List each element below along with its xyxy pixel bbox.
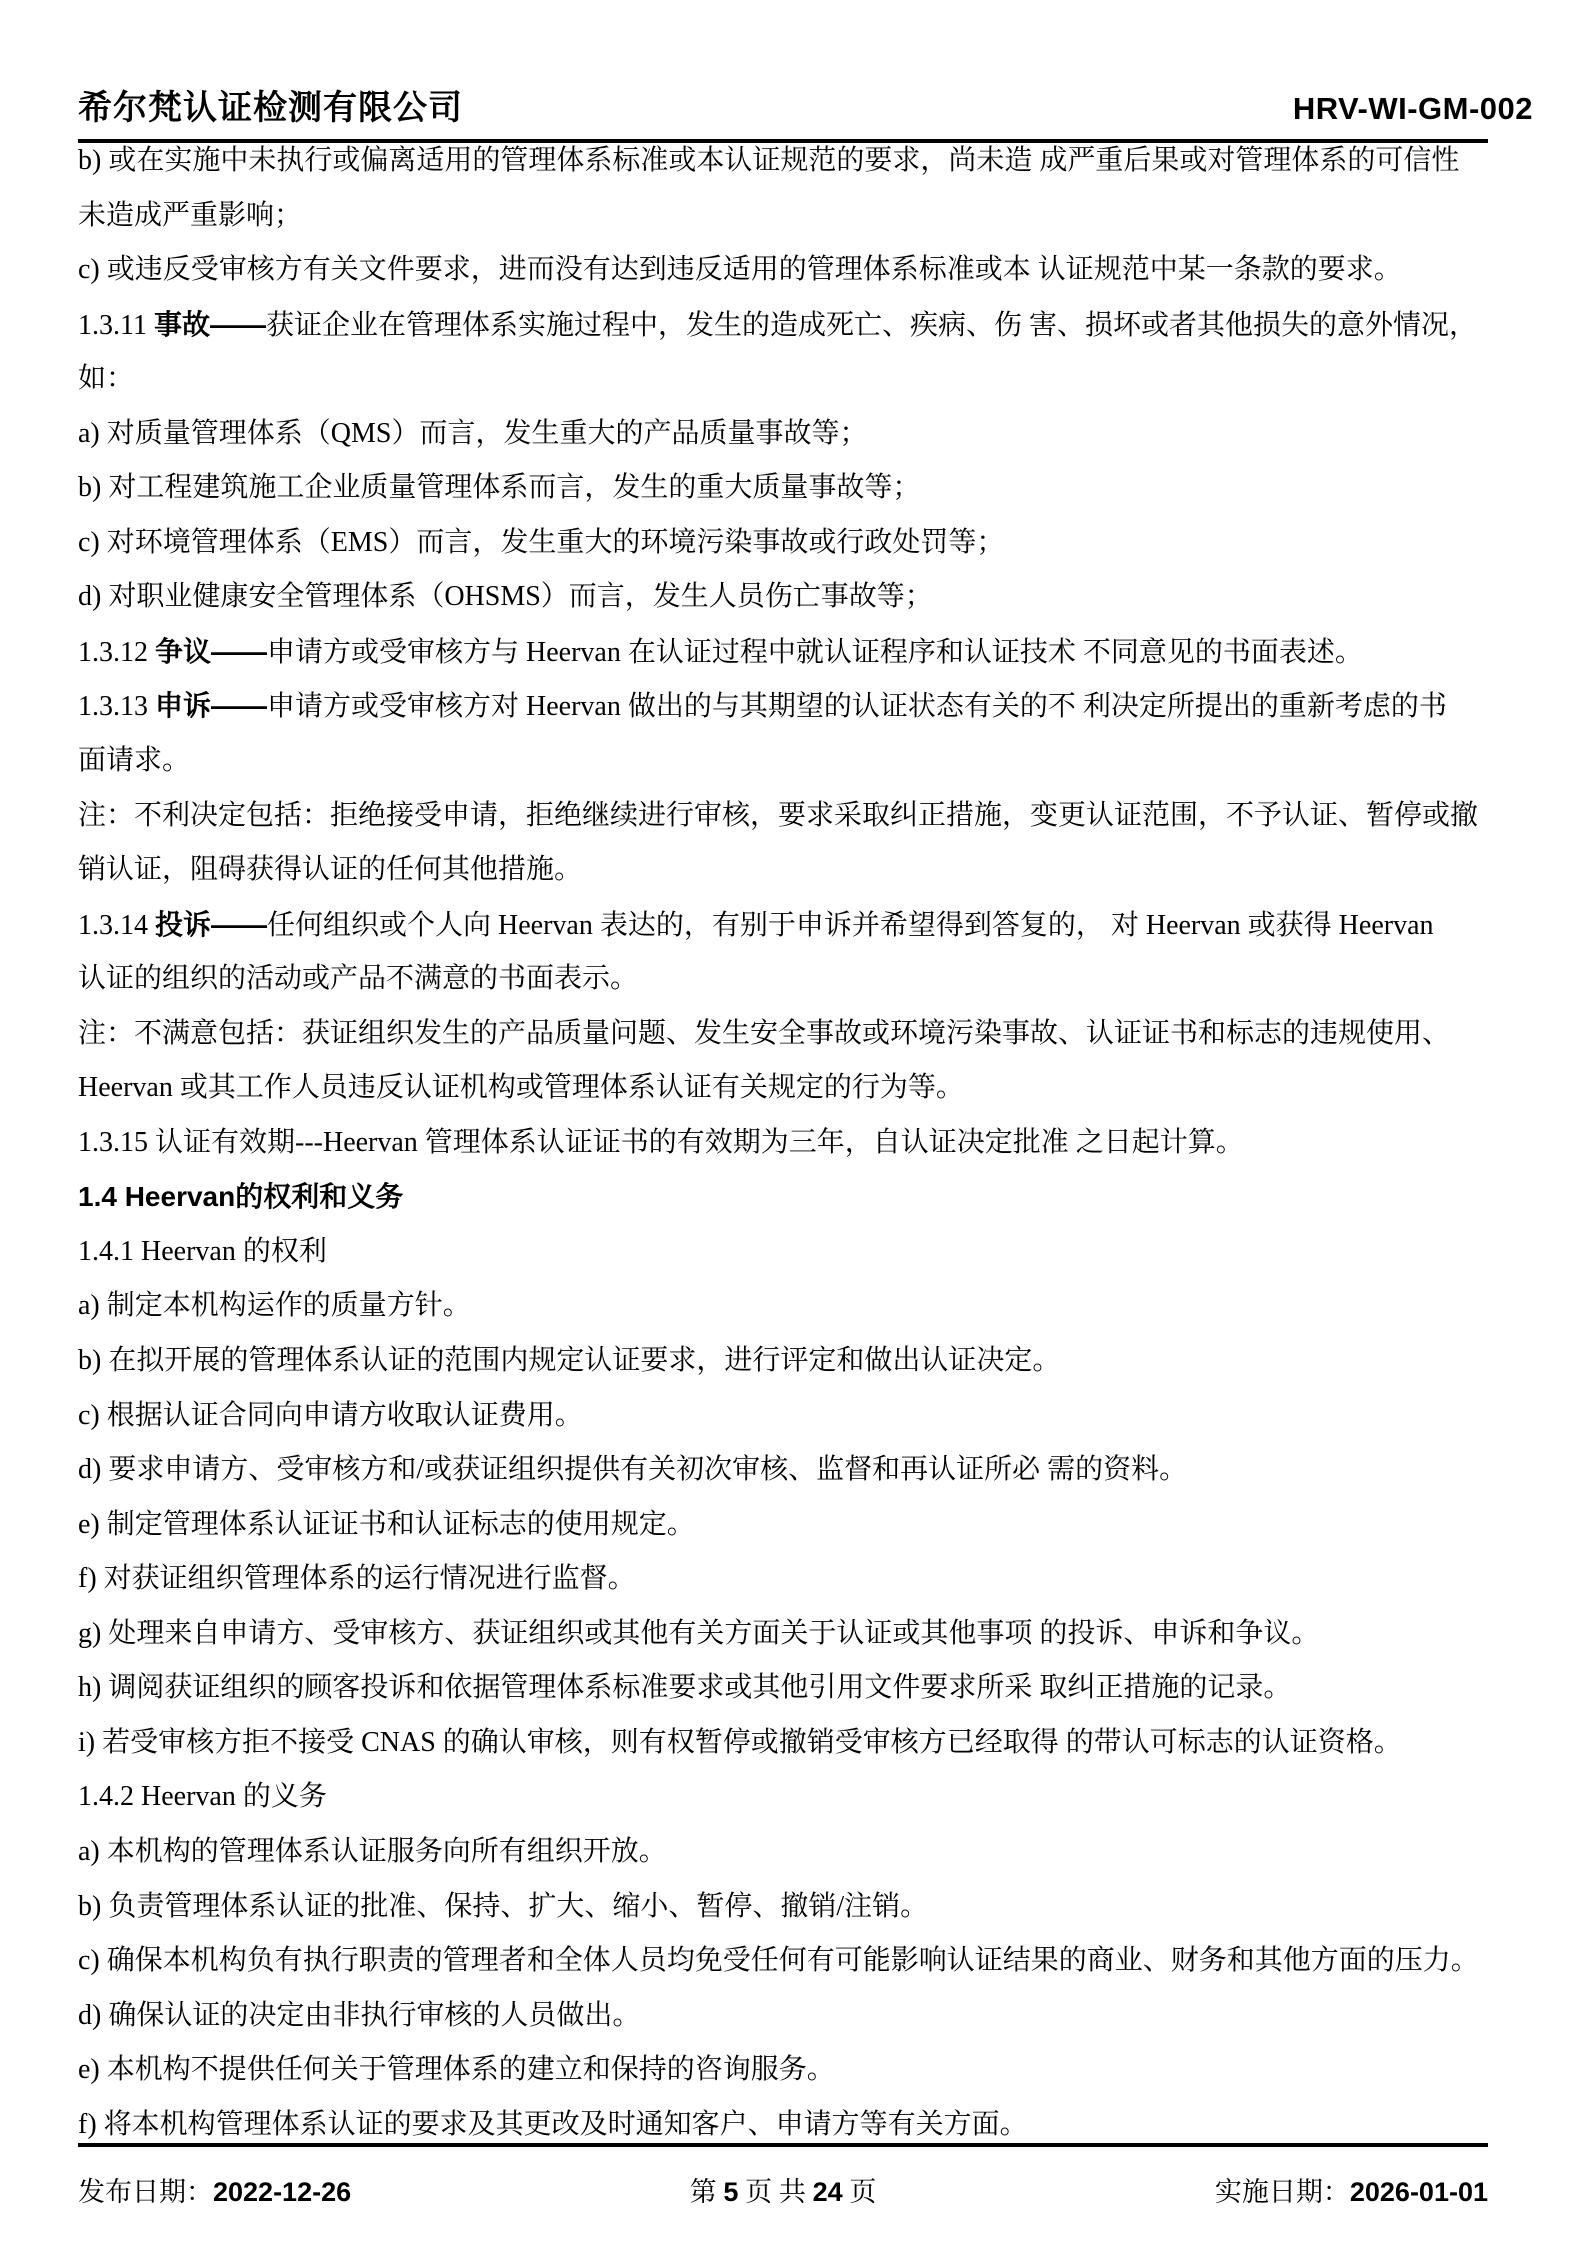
text-segment: 如：	[78, 363, 134, 394]
text-line: 如：	[78, 352, 1538, 407]
text-line: b) 或在实施中未执行或偏离适用的管理体系标准或本认证规范的要求，尚未造 成严重…	[78, 134, 1538, 189]
bold-text-segment: 事故——	[154, 309, 266, 340]
text-segment: Heervan 或其工作人员违反认证机构或管理体系认证有关规定的行为等。	[78, 1072, 964, 1103]
bold-text-segment: 2026-01-01	[1350, 2177, 1488, 2207]
text-line: b) 负责管理体系认证的批准、保持、扩大、缩小、暂停、撤销/注销。	[78, 1880, 1538, 1935]
text-segment: b) 或在实施中未执行或偏离适用的管理体系标准或本认证规范的要求，尚未造 成严重…	[78, 145, 1459, 176]
company-name: 希尔梵认证检测有限公司	[78, 88, 463, 129]
text-segment: e) 制定管理体系认证证书和认证标志的使用规定。	[78, 1509, 695, 1540]
text-line: 1.4.1 Heervan 的权利	[78, 1225, 1538, 1280]
text-segment: 1.4.2 Heervan 的义务	[78, 1781, 327, 1812]
text-segment: 获证企业在管理体系实施过程中，发生的造成死亡、疾病、伤 害、损坏或者其他损失的意…	[266, 310, 1477, 341]
text-segment: 销认证，阻碍获得认证的任何其他措施。	[78, 854, 582, 885]
implementation-date: 实施日期：2026-01-01	[1215, 2174, 1488, 2210]
text-segment: 申请方或受审核方对 Heervan 做出的与其期望的认证状态有关的不 利决定所提…	[267, 691, 1447, 722]
bold-text-segment: 投诉——	[155, 909, 267, 940]
document-body: b) 或在实施中未执行或偏离适用的管理体系标准或本认证规范的要求，尚未造 成严重…	[78, 134, 1538, 2152]
text-segment: 页	[843, 2177, 877, 2207]
text-line: 1.3.12 争议——申请方或受审核方与 Heervan 在认证过程中就认证程序…	[78, 625, 1538, 680]
text-line: 未造成严重影响；	[78, 189, 1538, 244]
text-line: g) 处理来自申请方、受审核方、获证组织或其他有关方面关于认证或其他事项 的投诉…	[78, 1607, 1538, 1662]
text-segment: c) 对环境管理体系（EMS）而言，发生重大的环境污染事故或行政处罚等；	[78, 527, 1004, 558]
text-segment: b) 负责管理体系认证的批准、保持、扩大、缩小、暂停、撤销/注销。	[78, 1891, 928, 1922]
text-segment: 申请方或受审核方与 Heervan 在认证过程中就认证程序和认证技术 不同意见的…	[267, 637, 1363, 668]
text-segment: c) 根据认证合同向申请方收取认证费用。	[78, 1400, 583, 1431]
text-line: f) 对获证组织管理体系的运行情况进行监督。	[78, 1552, 1538, 1607]
page-header: 希尔梵认证检测有限公司 HRV-WI-GM-002	[78, 88, 1533, 129]
text-line: d) 确保认证的决定由非执行审核的人员做出。	[78, 1989, 1538, 2044]
text-segment: f) 对获证组织管理体系的运行情况进行监督。	[78, 1563, 636, 1594]
text-line: 注：不满意包括：获证组织发生的产品质量问题、发生安全事故或环境污染事故、认证证书…	[78, 1007, 1538, 1062]
text-segment: 1.3.12	[78, 637, 155, 668]
text-segment: d) 要求申请方、受审核方和/或获证组织提供有关初次审核、监督和再认证所必 需的…	[78, 1454, 1187, 1485]
text-line: a) 制定本机构运作的质量方针。	[78, 1279, 1538, 1334]
text-segment: 页 共	[738, 2177, 812, 2207]
text-line: 面请求。	[78, 734, 1538, 789]
bold-text-segment: 24	[813, 2177, 843, 2207]
text-segment: h) 调阅获证组织的顾客投诉和依据管理体系标准要求或其他引用文件要求所采 取纠正…	[78, 1672, 1291, 1703]
text-line: i) 若受审核方拒不接受 CNAS 的确认审核，则有权暂停或撤销受审核方已经取得…	[78, 1716, 1538, 1771]
text-segment: a) 本机构的管理体系认证服务向所有组织开放。	[78, 1836, 667, 1867]
text-segment: d) 确保认证的决定由非执行审核的人员做出。	[78, 2000, 640, 2031]
text-line: c) 根据认证合同向申请方收取认证费用。	[78, 1389, 1538, 1444]
text-segment: 1.3.11	[78, 310, 154, 341]
text-line: 1.3.14 投诉——任何组织或个人向 Heervan 表达的，有别于申诉并希望…	[78, 898, 1538, 953]
text-line: c) 或违反受审核方有关文件要求，进而没有达到违反适用的管理体系标准或本 认证规…	[78, 243, 1538, 298]
text-segment: 1.3.14	[78, 910, 155, 941]
text-segment: 任何组织或个人向 Heervan 表达的，有别于申诉并希望得到答复的， 对 He…	[267, 910, 1434, 941]
text-segment: d) 对职业健康安全管理体系（OHSMS）而言，发生人员伤亡事故等；	[78, 581, 933, 612]
text-segment: b) 对工程建筑施工企业质量管理体系而言，发生的重大质量事故等；	[78, 472, 920, 503]
footer-divider	[78, 2143, 1488, 2147]
text-line: d) 对职业健康安全管理体系（OHSMS）而言，发生人员伤亡事故等；	[78, 570, 1538, 625]
text-line: c) 确保本机构负有执行职责的管理者和全体人员均免受任何有可能影响认证结果的商业…	[78, 1934, 1538, 1989]
text-segment: c) 或违反受审核方有关文件要求，进而没有达到违反适用的管理体系标准或本 认证规…	[78, 254, 1402, 285]
text-segment: a) 制定本机构运作的质量方针。	[78, 1290, 471, 1321]
document-code: HRV-WI-GM-002	[1293, 90, 1533, 127]
text-segment: 认证的组织的活动或产品不满意的书面表示。	[78, 963, 638, 994]
text-line: 1.4.2 Heervan 的义务	[78, 1770, 1538, 1825]
text-line: Heervan 或其工作人员违反认证机构或管理体系认证有关规定的行为等。	[78, 1061, 1538, 1116]
text-line: 注：不利决定包括：拒绝接受申请，拒绝继续进行审核，要求采取纠正措施，变更认证范围…	[78, 789, 1538, 844]
text-segment: 1.4.1 Heervan 的权利	[78, 1236, 327, 1267]
bold-text-segment: 争议——	[155, 636, 267, 667]
text-line: d) 要求申请方、受审核方和/或获证组织提供有关初次审核、监督和再认证所必 需的…	[78, 1443, 1538, 1498]
text-segment: 1.3.15 认证有效期---Heervan 管理体系认证证书的有效期为三年，自…	[78, 1127, 1244, 1158]
text-line: 认证的组织的活动或产品不满意的书面表示。	[78, 952, 1538, 1007]
text-line: 1.3.13 申诉——申请方或受审核方对 Heervan 做出的与其期望的认证状…	[78, 679, 1538, 734]
text-segment: i) 若受审核方拒不接受 CNAS 的确认审核，则有权暂停或撤销受审核方已经取得…	[78, 1727, 1402, 1758]
text-segment: g) 处理来自申请方、受审核方、获证组织或其他有关方面关于认证或其他事项 的投诉…	[78, 1618, 1319, 1649]
text-segment: 面请求。	[78, 745, 190, 776]
text-line: 1.4 Heervan的权利和义务	[78, 1170, 1538, 1225]
text-line: e) 制定管理体系认证证书和认证标志的使用规定。	[78, 1498, 1538, 1553]
document-page: 希尔梵认证检测有限公司 HRV-WI-GM-002 b) 或在实施中未执行或偏离…	[0, 0, 1589, 2245]
text-segment: 注：不满意包括：获证组织发生的产品质量问题、发生安全事故或环境污染事故、认证证书…	[78, 1018, 1450, 1049]
bold-text-segment: 2022-12-26	[213, 2177, 351, 2207]
text-line: 1.3.11 事故——获证企业在管理体系实施过程中，发生的造成死亡、疾病、伤 害…	[78, 298, 1538, 353]
text-segment: 未造成严重影响；	[78, 200, 302, 231]
page-footer: 发布日期：2022-12-26 第 5 页 共 24 页 实施日期：2026-0…	[78, 2174, 1488, 2210]
text-segment: 注：不利决定包括：拒绝接受申请，拒绝继续进行审核，要求采取纠正措施，变更认证范围…	[78, 800, 1478, 831]
text-segment: e) 本机构不提供任何关于管理体系的建立和保持的咨询服务。	[78, 2054, 835, 2085]
bold-text-segment: 5	[723, 2177, 738, 2207]
text-line: a) 对质量管理体系（QMS）而言，发生重大的产品质量事故等；	[78, 407, 1538, 462]
text-line: e) 本机构不提供任何关于管理体系的建立和保持的咨询服务。	[78, 2043, 1538, 2098]
text-line: 销认证，阻碍获得认证的任何其他措施。	[78, 843, 1538, 898]
text-line: a) 本机构的管理体系认证服务向所有组织开放。	[78, 1825, 1538, 1880]
text-segment: f) 将本机构管理体系认证的要求及其更改及时通知客户、申请方等有关方面。	[78, 2109, 1028, 2140]
text-segment: c) 确保本机构负有执行职责的管理者和全体人员均免受任何有可能影响认证结果的商业…	[78, 1945, 1479, 1976]
text-segment: 实施日期：	[1215, 2177, 1350, 2207]
text-segment: 发布日期：	[78, 2177, 213, 2207]
text-segment: b) 在拟开展的管理体系认证的范围内规定认证要求，进行评定和做出认证决定。	[78, 1345, 1060, 1376]
bold-text-segment: 申诉——	[155, 690, 267, 721]
text-line: 1.3.15 认证有效期---Heervan 管理体系认证证书的有效期为三年，自…	[78, 1116, 1538, 1171]
text-segment: 第	[690, 2177, 724, 2207]
bold-text-segment: 1.4 Heervan的权利和义务	[78, 1181, 403, 1212]
text-segment: 1.3.13	[78, 691, 155, 722]
text-line: b) 在拟开展的管理体系认证的范围内规定认证要求，进行评定和做出认证决定。	[78, 1334, 1538, 1389]
release-date: 发布日期：2022-12-26	[78, 2174, 351, 2210]
text-line: b) 对工程建筑施工企业质量管理体系而言，发生的重大质量事故等；	[78, 461, 1538, 516]
text-line: h) 调阅获证组织的顾客投诉和依据管理体系标准要求或其他引用文件要求所采 取纠正…	[78, 1661, 1538, 1716]
text-segment: a) 对质量管理体系（QMS）而言，发生重大的产品质量事故等；	[78, 418, 867, 449]
text-line: c) 对环境管理体系（EMS）而言，发生重大的环境污染事故或行政处罚等；	[78, 516, 1538, 571]
